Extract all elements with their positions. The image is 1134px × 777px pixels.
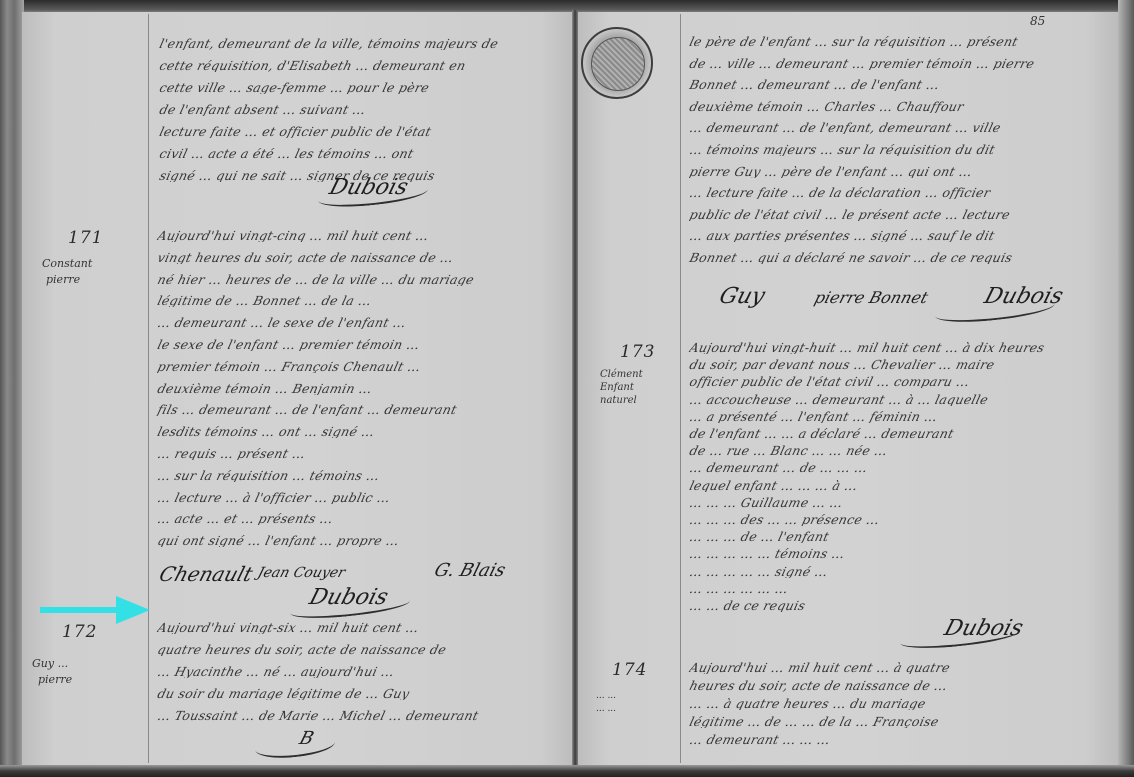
handwritten-line: ... a présenté ... l'enfant ... féminin … [688,409,1116,423]
handwritten-line: quatre heures du soir, acte de naissance… [156,642,559,656]
handwritten-line: ... ... à quatre heures ... du mariage [688,696,1116,710]
handwritten-line: Bonnet ... qui a déclaré ne savoir ... d… [688,250,1111,264]
entry-number: 171 [68,228,103,248]
handwritten-line: de l'enfant absent ... suivant ... [158,102,561,116]
handwritten-line: deuxième témoin ... Charles ... Chauffou… [688,99,1111,113]
handwritten-line: officier public de l'état civil ... comp… [688,374,1116,388]
handwritten-line: ... demeurant ... le sexe de l'enfant ..… [156,315,559,329]
handwritten-line: de ... ville ... demeurant ... premier t… [688,56,1111,70]
signature-chenault: Chenault [157,562,256,586]
handwritten-line: de ... rue ... Blanc ... ... née ... [688,443,1116,457]
register-spread: l'enfant, demeurant de la ville, témoins… [0,0,1134,777]
handwritten-line: civil ... acte a été ... les témoins ...… [158,146,561,160]
left-binding-edge [0,0,24,777]
handwritten-line: lesdits témoins ... ont ... signé ... [156,424,559,438]
handwritten-line: ... demeurant ... ... ... [688,732,1116,746]
right-arrow-icon [40,596,150,624]
handwritten-line: du soir du mariage légitime de ... Guy [156,686,559,700]
handwritten-line: cette réquisition, d'Elisabeth ... demeu… [158,58,561,72]
handwritten-line: légitime ... de ... ... de la ... Franço… [688,714,1116,728]
handwritten-line: Aujourd'hui vingt-six ... mil huit cent … [156,620,559,634]
signature-guy: Guy [716,284,767,309]
margin-note-line: pierre [46,272,122,288]
handwritten-line: ... ... ... ... ... signé ... [688,564,1116,578]
margin-note-line: naturel [600,394,680,407]
handwritten-line: du soir, par devant nous ... Chevalier .… [688,357,1116,371]
handwritten-line: légitime de ... Bonnet ... de la ... [156,293,559,307]
signature-bonnet: pierre Bonnet [812,288,930,307]
margin-note-line: ... ... [596,703,676,716]
handwritten-line: l'enfant, demeurant de la ville, témoins… [158,36,561,50]
handwritten-line: lequel enfant ... ... ... à ... [688,478,1116,492]
margin-note: ... ... ... ... [596,690,676,716]
right-page-edge [1118,0,1134,777]
handwritten-line: vingt heures du soir, acte de naissance … [156,250,559,264]
handwritten-line: deuxième témoin ... Benjamin ... [156,381,559,395]
handwritten-line: ... accoucheuse ... demeurant ... à ... … [688,392,1116,406]
handwritten-line: Bonnet ... demeurant ... de l'enfant ... [688,77,1111,91]
handwritten-line: ... Hyacinthe ... né ... aujourd'hui ... [156,664,559,678]
handwritten-line: qui ont signé ... l'enfant ... propre ..… [156,533,559,547]
folio-number: 85 [1030,14,1045,28]
margin-note-line: pierre [38,672,112,688]
handwritten-line: ... ... ... ... ... témoins ... [688,546,1116,560]
margin-note: Constant pierre [42,256,122,288]
handwritten-line: ... demeurant ... de ... ... ... [688,460,1116,474]
handwritten-line: né hier ... heures de ... de la ville ..… [156,272,559,286]
handwritten-line: ... aux parties présentes ... signé ... … [688,228,1111,242]
handwritten-line: heures du soir, acte de naissance de ... [688,678,1116,692]
handwritten-line: Aujourd'hui vingt-huit ... mil huit cent… [688,340,1116,354]
handwritten-line: lecture faite ... et officier public de … [158,124,561,138]
handwritten-line: pierre Guy ... père de l'enfant ... qui … [688,164,1111,178]
handwritten-line: cette ville ... sage-femme ... pour le p… [158,80,561,94]
margin-note-line: Guy ... [32,656,112,672]
margin-note-line: ... ... [596,690,676,703]
handwritten-line: Aujourd'hui vingt-cinq ... mil huit cent… [156,228,559,242]
handwritten-line: Aujourd'hui ... mil huit cent ... à quat… [688,660,1116,674]
entry-number: 174 [612,660,647,680]
margin-note: Guy ... pierre [32,656,112,688]
entry-number: 172 [62,622,97,642]
handwritten-line: ... acte ... et ... présents ... [156,511,559,525]
left-margin-rule [148,14,149,763]
entry-number: 173 [620,342,655,362]
handwritten-line: ... lecture ... à l'officier ... public … [156,490,559,504]
handwritten-line: fils ... demeurant ... de l'enfant ... d… [156,402,559,416]
right-margin-rule [680,14,681,763]
handwritten-line: ... Toussaint ... de Marie ... Michel ..… [156,708,559,722]
handwritten-line: ... ... ... des ... ... présence ... [688,512,1116,526]
signature-couyer: Jean Couyer [256,565,347,581]
handwritten-line: le sexe de l'enfant ... premier témoin .… [156,337,559,351]
handwritten-line: ... lecture faite ... de la déclaration … [688,185,1111,199]
handwritten-line: ... ... ... Guillaume ... ... [688,495,1116,509]
margin-note-line: Clément [600,368,680,381]
handwritten-line: premier témoin ... François Chenault ... [156,359,559,373]
handwritten-line: ... ... de ce requis [688,598,1116,612]
official-seal-icon [581,27,653,99]
handwritten-line: public de l'état civil ... le présent ac… [688,207,1111,221]
handwritten-line: le père de l'enfant ... sur la réquisiti… [688,34,1111,48]
margin-note-line: Enfant [600,381,680,394]
handwritten-line: ... ... ... ... ... ... [688,581,1116,595]
margin-note: Clément Enfant naturel [600,368,680,407]
handwritten-line: ... sur la réquisition ... témoins ... [156,468,559,482]
handwritten-line: ... témoins majeurs ... sur la réquisiti… [688,142,1111,156]
handwritten-line: de l'enfant ... ... a déclaré ... demeur… [688,426,1116,440]
signature-blais: G. Blais [432,560,508,581]
margin-note-line: Constant [42,256,122,272]
handwritten-line: ... ... ... de ... l'enfant [688,529,1116,543]
handwritten-line: ... requis ... présent ... [156,446,559,460]
handwritten-line: ... demeurant ... de l'enfant, demeurant… [688,120,1111,134]
bottom-page-edge [0,765,1134,777]
